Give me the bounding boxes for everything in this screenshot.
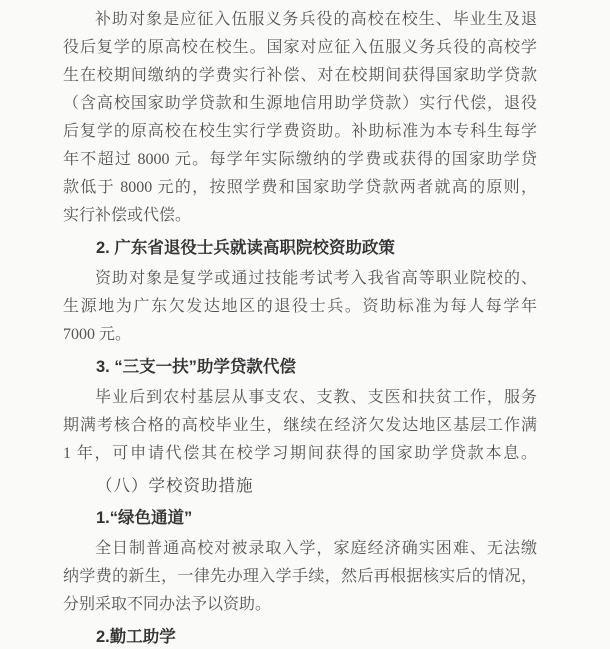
heading-work-study: 2.勤工助学 xyxy=(63,623,537,649)
text-line: 纳学费的新生，一律先办理入学手续，然后再根据核实后的情况， xyxy=(63,563,537,591)
text-line: 后复学的原高校在校生实行学费资助。补助标准为本专科生每学 xyxy=(63,118,537,146)
heading-green-channel: 1.“绿色通道” xyxy=(63,504,537,532)
heading-guangdong-veteran-policy: 2. 广东省退役士兵就读高职院校资助政策 xyxy=(63,234,537,262)
text-line: 资助对象是复学或通过技能考试考入我省高等职业院校的、 xyxy=(63,265,537,293)
text-line: 役后复学的原高校在校生。国家对应征入伍服义务兵役的高校学 xyxy=(63,34,537,62)
text-line: 实行补偿或代偿。 xyxy=(63,202,537,230)
text-line: 补助对象是应征入伍服义务兵役的高校在校生、毕业生及退 xyxy=(63,6,537,34)
paragraph-sanzhiyifu: 毕业后到农村基层从事支农、支教、支医和扶贫工作，服务 期满考核合格的高校毕业生，… xyxy=(63,384,537,468)
text-line: 分别采取不同办法予以资助。 xyxy=(63,591,537,619)
heading-sanzhiyifu-loan-repayment: 3. “三支一扶”助学贷款代偿 xyxy=(63,353,537,381)
document-body: 补助对象是应征入伍服义务兵役的高校在校生、毕业生及退 役后复学的原高校在校生。国… xyxy=(63,6,537,649)
text-line: 年不超过 8000 元。每学年实际缴纳的学费或获得的国家助学贷 xyxy=(63,146,537,174)
text-line: 生在校期间缴纳的学费实行补偿、对在校期间获得国家助学贷款 xyxy=(63,62,537,90)
heading-school-aid-measures: （八）学校资助措施 xyxy=(63,472,537,500)
text-line: 1 年，可申请代偿其在校学习期间获得的国家助学贷款本息。 xyxy=(63,440,537,468)
paragraph-guangdong-veteran-aid: 资助对象是复学或通过技能考试考入我省高等职业院校的、 生源地为广东欠发达地区的退… xyxy=(63,265,537,349)
text-line: 期满考核合格的高校毕业生，继续在经济欠发达地区基层工作满 xyxy=(63,412,537,440)
text-line: （含高校国家助学贷款和生源地信用助学贷款）实行代偿，退役 xyxy=(63,90,537,118)
paragraph-tuition-compensation: 补助对象是应征入伍服义务兵役的高校在校生、毕业生及退 役后复学的原高校在校生。国… xyxy=(63,6,537,230)
paragraph-green-channel: 全日制普通高校对被录取入学，家庭经济确实困难、无法缴 纳学费的新生，一律先办理入… xyxy=(63,535,537,619)
text-line: 7000 元。 xyxy=(63,321,537,349)
text-line: 款低于 8000 元的，按照学费和国家助学贷款两者就高的原则， xyxy=(63,174,537,202)
text-line: 毕业后到农村基层从事支农、支教、支医和扶贫工作，服务 xyxy=(63,384,537,412)
scanned-document-page: 补助对象是应征入伍服义务兵役的高校在校生、毕业生及退 役后复学的原高校在校生。国… xyxy=(0,0,610,649)
text-line: 全日制普通高校对被录取入学，家庭经济确实困难、无法缴 xyxy=(63,535,537,563)
text-line: 生源地为广东欠发达地区的退役士兵。资助标准为每人每学年 xyxy=(63,293,537,321)
